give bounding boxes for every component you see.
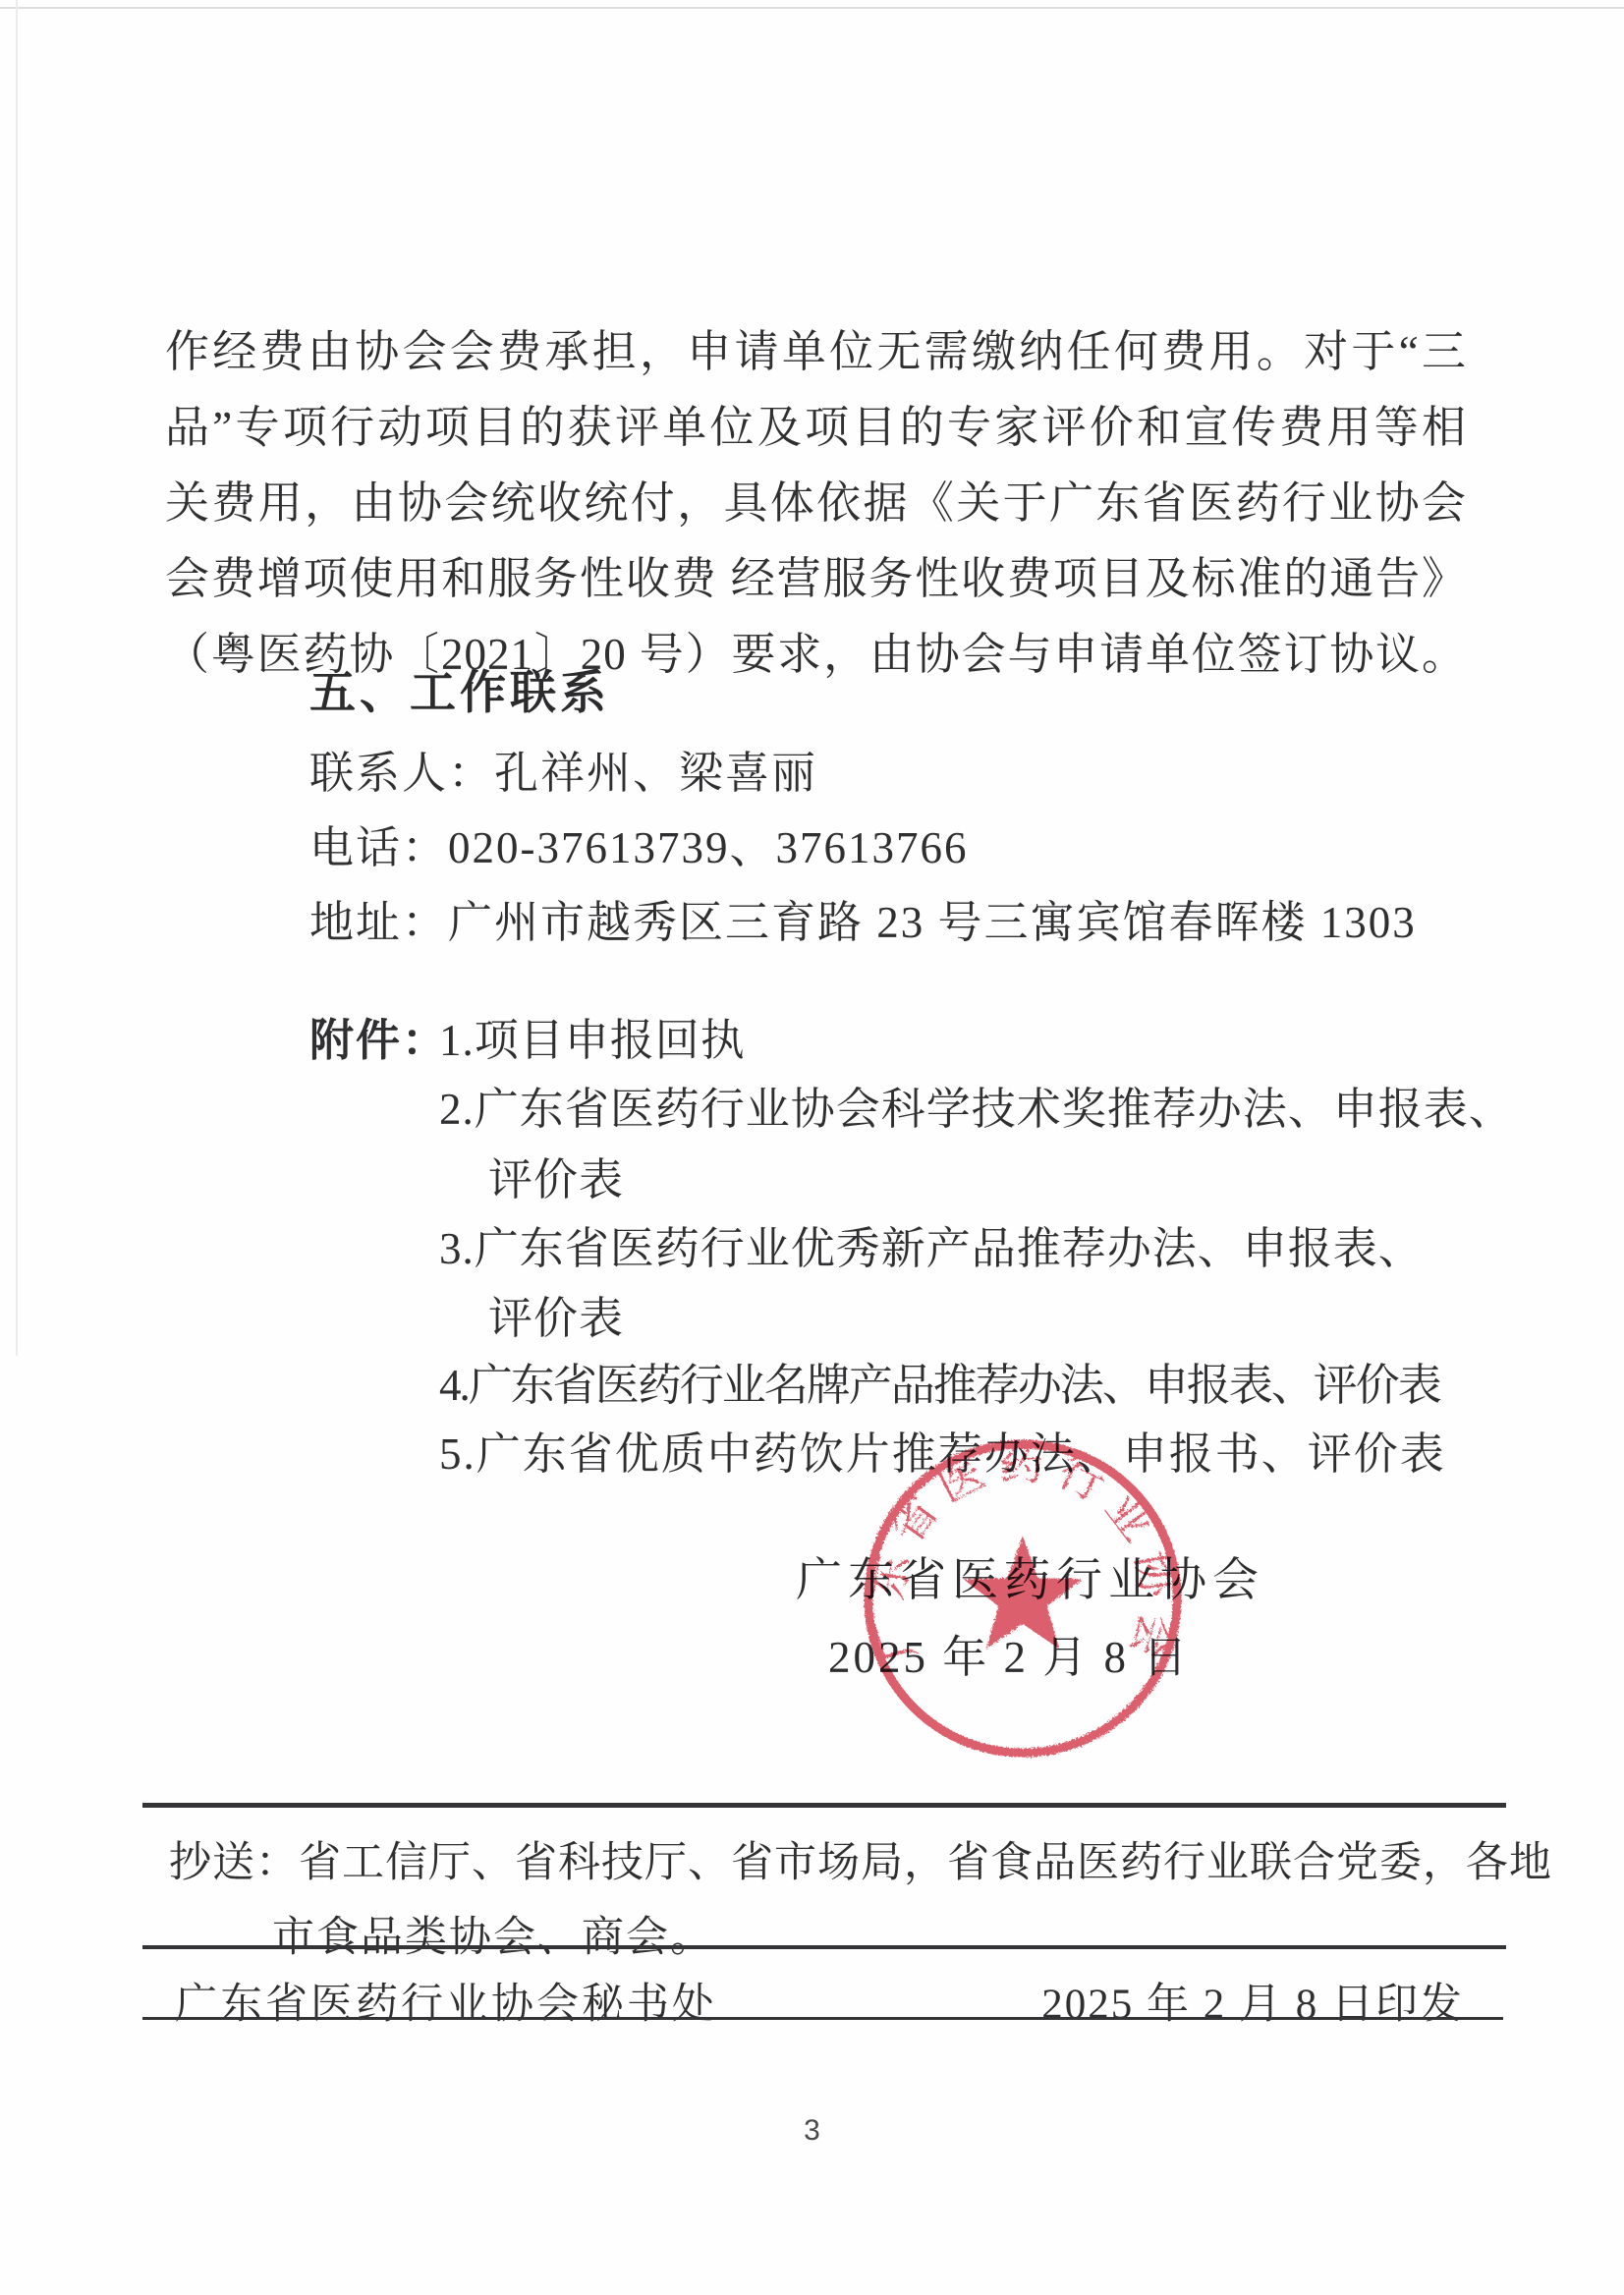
attachments-label: 附件：: [309, 1004, 448, 1068]
attachment-item: 3.广东省医药行业优秀新产品推荐办法、申报表、: [439, 1212, 1424, 1276]
contact-phone-row: 电话：020-37613739、37613766: [309, 812, 969, 875]
cc-line-continuation: 市食品类协会、商会。: [272, 1904, 714, 1964]
attachment-item: 2.广东省医药行业协会科学技术奖推荐办法、申报表、: [439, 1073, 1514, 1137]
footer-divider-middle: [142, 1945, 1506, 1949]
contact-person-row: 联系人：孔祥州、梁喜丽: [309, 737, 817, 801]
attachment-item-continuation: 评价表: [488, 1282, 624, 1346]
page-number: 3: [0, 2114, 1624, 2148]
attachment-item-continuation: 评价表: [488, 1144, 624, 1207]
section-heading: 五、工作联系: [309, 656, 610, 722]
paragraph-line: 品”专项行动项目的获评单位及项目的专家评价和宣传费用等相: [165, 390, 1467, 466]
scan-edge-top: [0, 7, 1624, 9]
contact-person-label: 联系人：: [309, 749, 494, 798]
footer-divider-top: [142, 1803, 1506, 1808]
attachment-item: 1.项目申报回执: [439, 1004, 746, 1068]
contact-phone-value: 020-37613739、37613766: [448, 823, 969, 872]
cc-label: 抄送：: [169, 1840, 299, 1886]
cc-line: 抄送：省工信厅、省科技厅、省市场局，省食品医药行业联合党委，各地: [169, 1829, 1552, 1889]
paragraph-line: 关费用，由协会统收统付，具体依据《关于广东省医药行业协会: [165, 466, 1467, 541]
issuing-office: 广东省医药行业协会秘书处: [175, 1971, 717, 2031]
scanned-document-page: { "page": { "number": "3" }, "document":…: [0, 0, 1624, 2295]
scan-edge-left: [16, 0, 18, 1356]
footer-divider-bottom: [142, 2017, 1503, 2020]
official-seal-stamp: 广东省医药行业协会: [857, 1432, 1189, 1764]
contact-address-value: 广州市越秀区三育路 23 号三寓宾馆春晖楼 1303: [448, 898, 1417, 947]
contact-phone-label: 电话：: [309, 823, 448, 872]
seal-star-icon: [963, 1536, 1082, 1649]
contact-address-row: 地址：广州市越秀区三育路 23 号三寓宾馆春晖楼 1303: [309, 886, 1417, 950]
attachment-item: 4.广东省医药行业名牌产品推荐办法、申报表、评价表: [439, 1349, 1440, 1413]
contact-address-label: 地址：: [309, 898, 448, 947]
paragraph-line: 会费增项使用和服务性收费 经营服务性收费项目及标准的通告》: [165, 541, 1467, 617]
issue-date: 2025 年 2 月 8 日印发: [1041, 1971, 1464, 2031]
cc-recipients: 省工信厅、省科技厅、省市场局，省食品医药行业联合党委，各地: [299, 1840, 1552, 1886]
paragraph-line: 作经费由协会会费承担，申请单位无需缴纳任何费用。对于“三: [165, 314, 1467, 390]
contact-person-value: 孔祥州、梁喜丽: [494, 749, 817, 798]
body-paragraph: 作经费由协会会费承担，申请单位无需缴纳任何费用。对于“三 品”专项行动项目的获评…: [165, 314, 1467, 693]
